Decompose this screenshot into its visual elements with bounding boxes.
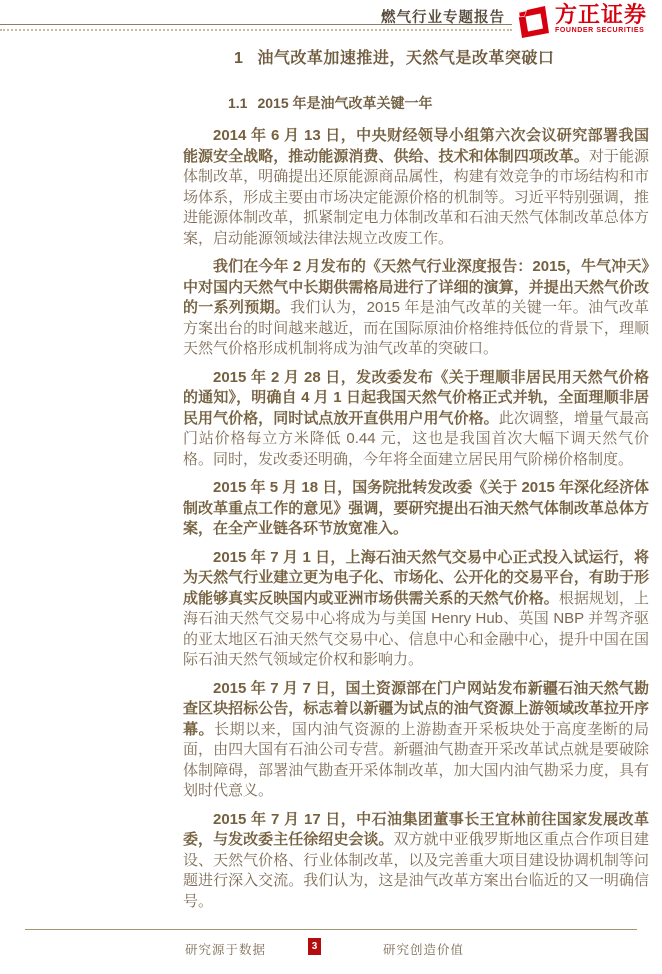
paragraph: 2015 年 2 月 28 日，发改委发布《关于理顺非居民用天然气价格的通知》，… [183,368,649,471]
subsection-heading: 1.12015 年是油气改革关键一年 [228,93,649,113]
paragraph-rest: 长期以来，国内油气资源的上游勘查开采板块处于高度垄断的局面，由四大国有石油公司专… [183,721,649,800]
header-rule-solid [0,24,512,25]
brand-name-cn: 方正证券 [555,3,647,26]
footer-rule [25,929,637,930]
paragraph-lead: 2015 年 5 月 18 日，国务院批转发改委《关于 2015 年深化经济体制… [183,479,649,537]
section-title: 油气改革加速推进，天然气是改革突破口 [257,50,554,67]
paragraph: 2015 年 7 月 1 日，上海石油天然气交易中心正式投入试运行，将为天然气行… [183,548,649,671]
founder-securities-logo: 方正证券 FOUNDER SECURITIES [514,3,647,39]
paragraph: 我们在今年 2 月发布的《天然气行业深度报告：2015，牛气冲天》中对国内天然气… [183,257,649,360]
footer-slogan-right: 研究创造价值 [383,940,464,958]
founder-logo-mark-icon [514,4,551,39]
header-rule-dotted [0,29,512,31]
paragraph: 2015 年 7 月 7 日，国土资源部在门户网站发布新疆石油天然气勘查区块招标… [183,679,649,802]
section-heading: 1油气改革加速推进，天然气是改革突破口 [234,45,649,68]
paragraph: 2015 年 5 月 18 日，国务院批转发改委《关于 2015 年深化经济体制… [183,478,649,540]
subsection-title: 2015 年是油气改革关键一年 [257,95,432,111]
page-number-badge: 3 [308,938,321,955]
paragraph: 2014 年 6 月 13 日，中央财经领导小组第六次会议研究部署我国能源安全战… [183,126,649,249]
subsection-number: 1.1 [228,95,247,111]
report-page: 燃气行业专题报告 方正证券 FOUNDER SECURITIES 1油气改革加速… [0,0,662,974]
paragraph-lead: 2014 年 6 月 13 日，中央财经领导小组第六次会议研究部署我国能源安全战… [183,127,649,165]
footer-slogan-left: 研究源于数据 [185,940,266,958]
report-body: 1油气改革加速推进，天然气是改革突破口 1.12015 年是油气改革关键一年 2… [183,45,649,920]
section-number: 1 [234,50,243,67]
paragraph-list: 2014 年 6 月 13 日，中央财经领导小组第六次会议研究部署我国能源安全战… [183,126,649,912]
page-header: 燃气行业专题报告 方正证券 FOUNDER SECURITIES [0,0,662,40]
paragraph: 2015 年 7 月 17 日，中石油集团董事长王宜林前往国家发展改革委，与发改… [183,810,649,913]
logo-text-block: 方正证券 FOUNDER SECURITIES [555,3,647,34]
brand-name-en: FOUNDER SECURITIES [555,27,647,34]
